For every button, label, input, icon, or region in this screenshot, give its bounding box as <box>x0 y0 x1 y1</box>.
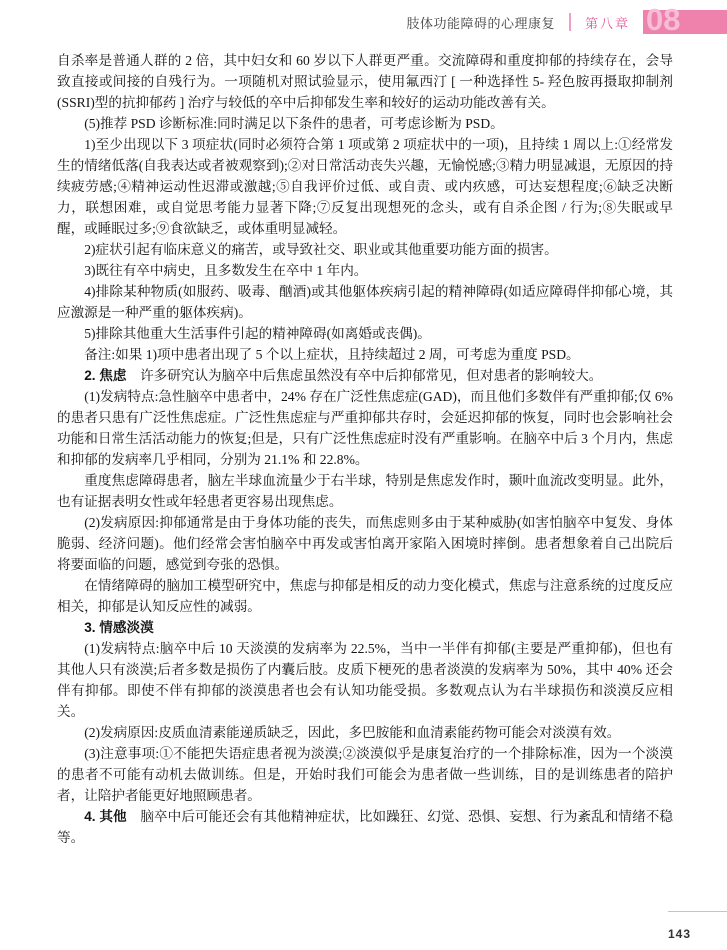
paragraph: 在情绪障碍的脑加工模型研究中，焦虑与抑郁是相反的动力变化模式，焦虑与注意系统的过… <box>57 575 673 617</box>
paragraph-lead-heading: 2. 焦虑 <box>84 368 126 383</box>
paragraph: 重度焦虑障碍患者，脑左半球血流量少于右半球，特别是焦虑发作时，颞叶血流改变明显。… <box>57 470 673 512</box>
paragraph: 1)至少出现以下 3 项症状(同时必须符合第 1 项或第 2 项症状中的一项)，… <box>57 134 673 239</box>
paragraph: (1)发病特点:脑卒中后 10 天淡漠的发病率为 22.5%，当中一半伴有抑郁(… <box>57 638 673 722</box>
header-divider <box>569 13 571 31</box>
paragraph: 4)排除某种物质(如服药、吸毒、酗酒)或其他躯体疾病引起的精神障碍(如适应障碍伴… <box>57 281 673 323</box>
page-header: 肢体功能障碍的心理康复 第八章 08 <box>0 9 727 35</box>
paragraph-lead-heading: 3. 情感淡漠 <box>84 620 154 635</box>
paragraph: (5)推荐 PSD 诊断标准:同时满足以下条件的患者，可考虑诊断为 PSD。 <box>57 113 673 134</box>
paragraph: 自杀率是普通人群的 2 倍，其中妇女和 60 岁以下人群更严重。交流障碍和重度抑… <box>57 50 673 113</box>
paragraph: (2)发病原因:抑郁通常是由于身体功能的丧失，而焦虑则多由于某种威胁(如害怕脑卒… <box>57 512 673 575</box>
paragraph: 3)既往有卒中病史，且多数发生在卒中 1 年内。 <box>57 260 673 281</box>
paragraph: (2)发病原因:皮质血清素能递质缺乏，因此，多巴胺能和血清素能药物可能会对淡漠有… <box>57 722 673 743</box>
chapter-number-box: 08 <box>643 10 727 34</box>
footer-rule <box>668 911 727 912</box>
running-head-title: 肢体功能障碍的心理康复 <box>406 13 555 32</box>
paragraph: 2. 焦虑 许多研究认为脑卒中后焦虑虽然没有卒中后抑郁常见，但对患者的影响较大。 <box>57 365 673 386</box>
body-text: 自杀率是普通人群的 2 倍，其中妇女和 60 岁以下人群更严重。交流障碍和重度抑… <box>57 50 673 848</box>
paragraph: 5)排除其他重大生活事件引起的精神障碍(如离婚或丧偶)。 <box>57 323 673 344</box>
chapter-number: 08 <box>643 4 680 35</box>
chapter-label: 第八章 <box>585 13 630 32</box>
paragraph: 3. 情感淡漠 <box>57 617 673 638</box>
paragraph: 2)症状引起有临床意义的痛苦，或导致社交、职业或其他重要功能方面的损害。 <box>57 239 673 260</box>
paragraph: 4. 其他 脑卒中后可能还会有其他精神症状，比如躁狂、幻觉、恐惧、妄想、行为紊乱… <box>57 806 673 848</box>
page-number: 143 <box>668 927 691 941</box>
paragraph: (3)注意事项:①不能把失语症患者视为淡漠;②淡漠似乎是康复治疗的一个排除标准，… <box>57 743 673 806</box>
paragraph: (1)发病特点:急性脑卒中患者中，24% 存在广泛性焦虑症(GAD)，而且他们多… <box>57 386 673 470</box>
paragraph-lead-heading: 4. 其他 <box>84 809 127 824</box>
document-page: 肢体功能障碍的心理康复 第八章 08 自杀率是普通人群的 2 倍，其中妇女和 6… <box>0 0 727 950</box>
paragraph: 备注:如果 1)项中患者出现了 5 个以上症状，且持续超过 2 周，可考虑为重度… <box>57 344 673 365</box>
